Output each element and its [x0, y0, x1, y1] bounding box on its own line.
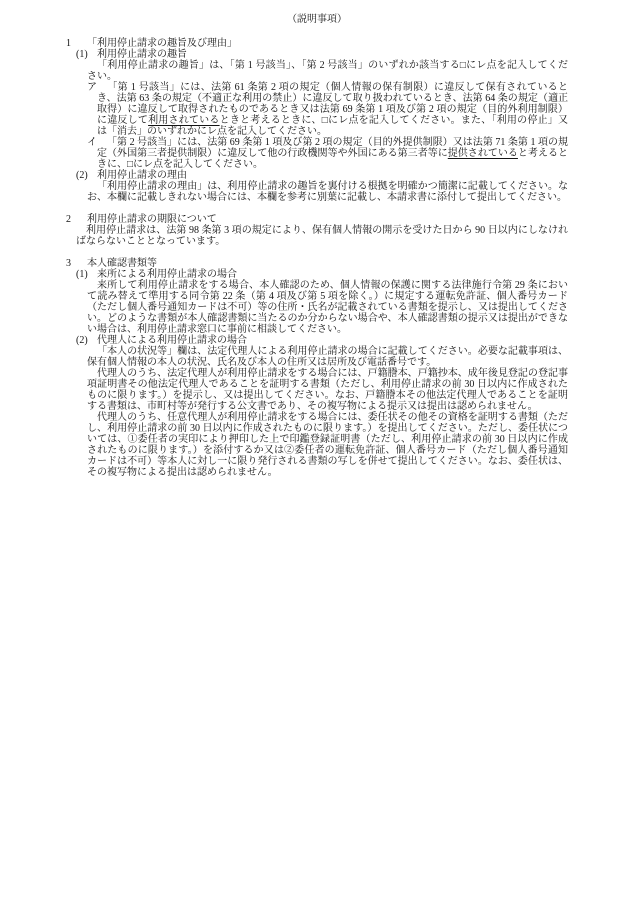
section-2-paragraph: 利用停止請求は、法第 98 条第 3 項の規定により、保有個人情報の開示を受けた…: [76, 225, 568, 247]
subsection-1-2-number: (2): [76, 170, 97, 181]
item-i: イ「第 2 号該当」には、法第 69 条第 1 項及び第 2 項の規定（目的外提…: [97, 137, 568, 170]
section-1-heading-text: 「利用停止請求の趣旨及び理由」: [87, 38, 237, 49]
section-1: 1「利用停止請求の趣旨及び理由」 (1)利用停止請求の趣旨 「利用停止請求の趣旨…: [66, 38, 568, 203]
underlined-phrase: 利用されている: [148, 115, 220, 126]
document-page: （説明事項） 1「利用停止請求の趣旨及び理由」 (1)利用停止請求の趣旨 「利用…: [0, 0, 630, 903]
section-3-number: 3: [66, 258, 87, 269]
subsection-1-1-heading-text: 利用停止請求の趣旨: [97, 49, 187, 60]
item-a-marker: ア: [87, 82, 107, 93]
section-1-heading: 1「利用停止請求の趣旨及び理由」: [66, 38, 568, 49]
subsection-1-1-number: (1): [76, 49, 97, 60]
page-title: （説明事項）: [66, 14, 568, 25]
section-3: 3本人確認書類等 (1)来所による利用停止請求の場合 来所して利用停止請求をする…: [66, 258, 568, 478]
subsection-3-1-number: (1): [76, 269, 97, 280]
subsection-3-2-paragraph-2: 代理人のうち、法定代理人が利用停止請求をする場合には、戸籍謄本、戸籍抄本、成年後…: [87, 368, 568, 412]
section-2-heading-text: 利用停止請求の期限について: [87, 214, 217, 225]
subsection-1-2-heading: (2)利用停止請求の理由: [76, 170, 568, 181]
subsection-1-1-intro-paragraph: 「利用停止請求の趣旨」は、「第 1 号該当」、「第 2 号該当」のいずれか該当す…: [87, 60, 568, 82]
section-1-number: 1: [66, 38, 87, 49]
subsection-3-1-heading: (1)来所による利用停止請求の場合: [76, 269, 568, 280]
subsection-1-2-heading-text: 利用停止請求の理由: [97, 170, 187, 181]
section-2-number: 2: [66, 214, 87, 225]
item-a-text: 「第 1 号該当」には、法第 61 条第 2 項の規定（個人情報の保有制限）に違…: [97, 82, 568, 137]
section-3-heading: 3本人確認書類等: [66, 258, 568, 269]
subsection-3-2-paragraph-3: 代理人のうち、任意代理人が利用停止請求をする場合には、委任状その他その資格を証明…: [87, 412, 568, 478]
underlined-phrase: 提供されている: [448, 148, 518, 159]
section-2-heading: 2利用停止請求の期限について: [66, 214, 568, 225]
subsection-3-1-paragraph: 来所して利用停止請求をする場合、本人確認のため、個人情報の保護に関する法律施行令…: [87, 280, 568, 335]
item-i-marker: イ: [87, 137, 107, 148]
section-3-heading-text: 本人確認書類等: [87, 258, 157, 269]
subsection-3-2-number: (2): [76, 335, 97, 346]
subsection-1-1-heading: (1)利用停止請求の趣旨: [76, 49, 568, 60]
subsection-1-2-paragraph: 「利用停止請求の理由」は、利用停止請求の趣旨を裏付ける根拠を明確かつ簡潔に記載し…: [87, 181, 568, 203]
item-a: ア「第 1 号該当」には、法第 61 条第 2 項の規定（個人情報の保有制限）に…: [97, 82, 568, 137]
subsection-3-2-heading: (2)代理人による利用停止請求の場合: [76, 335, 568, 346]
subsection-3-1-heading-text: 来所による利用停止請求の場合: [97, 269, 237, 280]
item-i-text: 「第 2 号該当」には、法第 69 条第 1 項及び第 2 項の規定（目的外提供…: [97, 137, 568, 170]
section-2: 2利用停止請求の期限について 利用停止請求は、法第 98 条第 3 項の規定によ…: [66, 214, 568, 247]
subsection-3-2-paragraph-1: 「本人の状況等」欄は、法定代理人による利用停止請求の場合に記載してください。必要…: [87, 346, 568, 368]
subsection-3-2-heading-text: 代理人による利用停止請求の場合: [97, 335, 247, 346]
